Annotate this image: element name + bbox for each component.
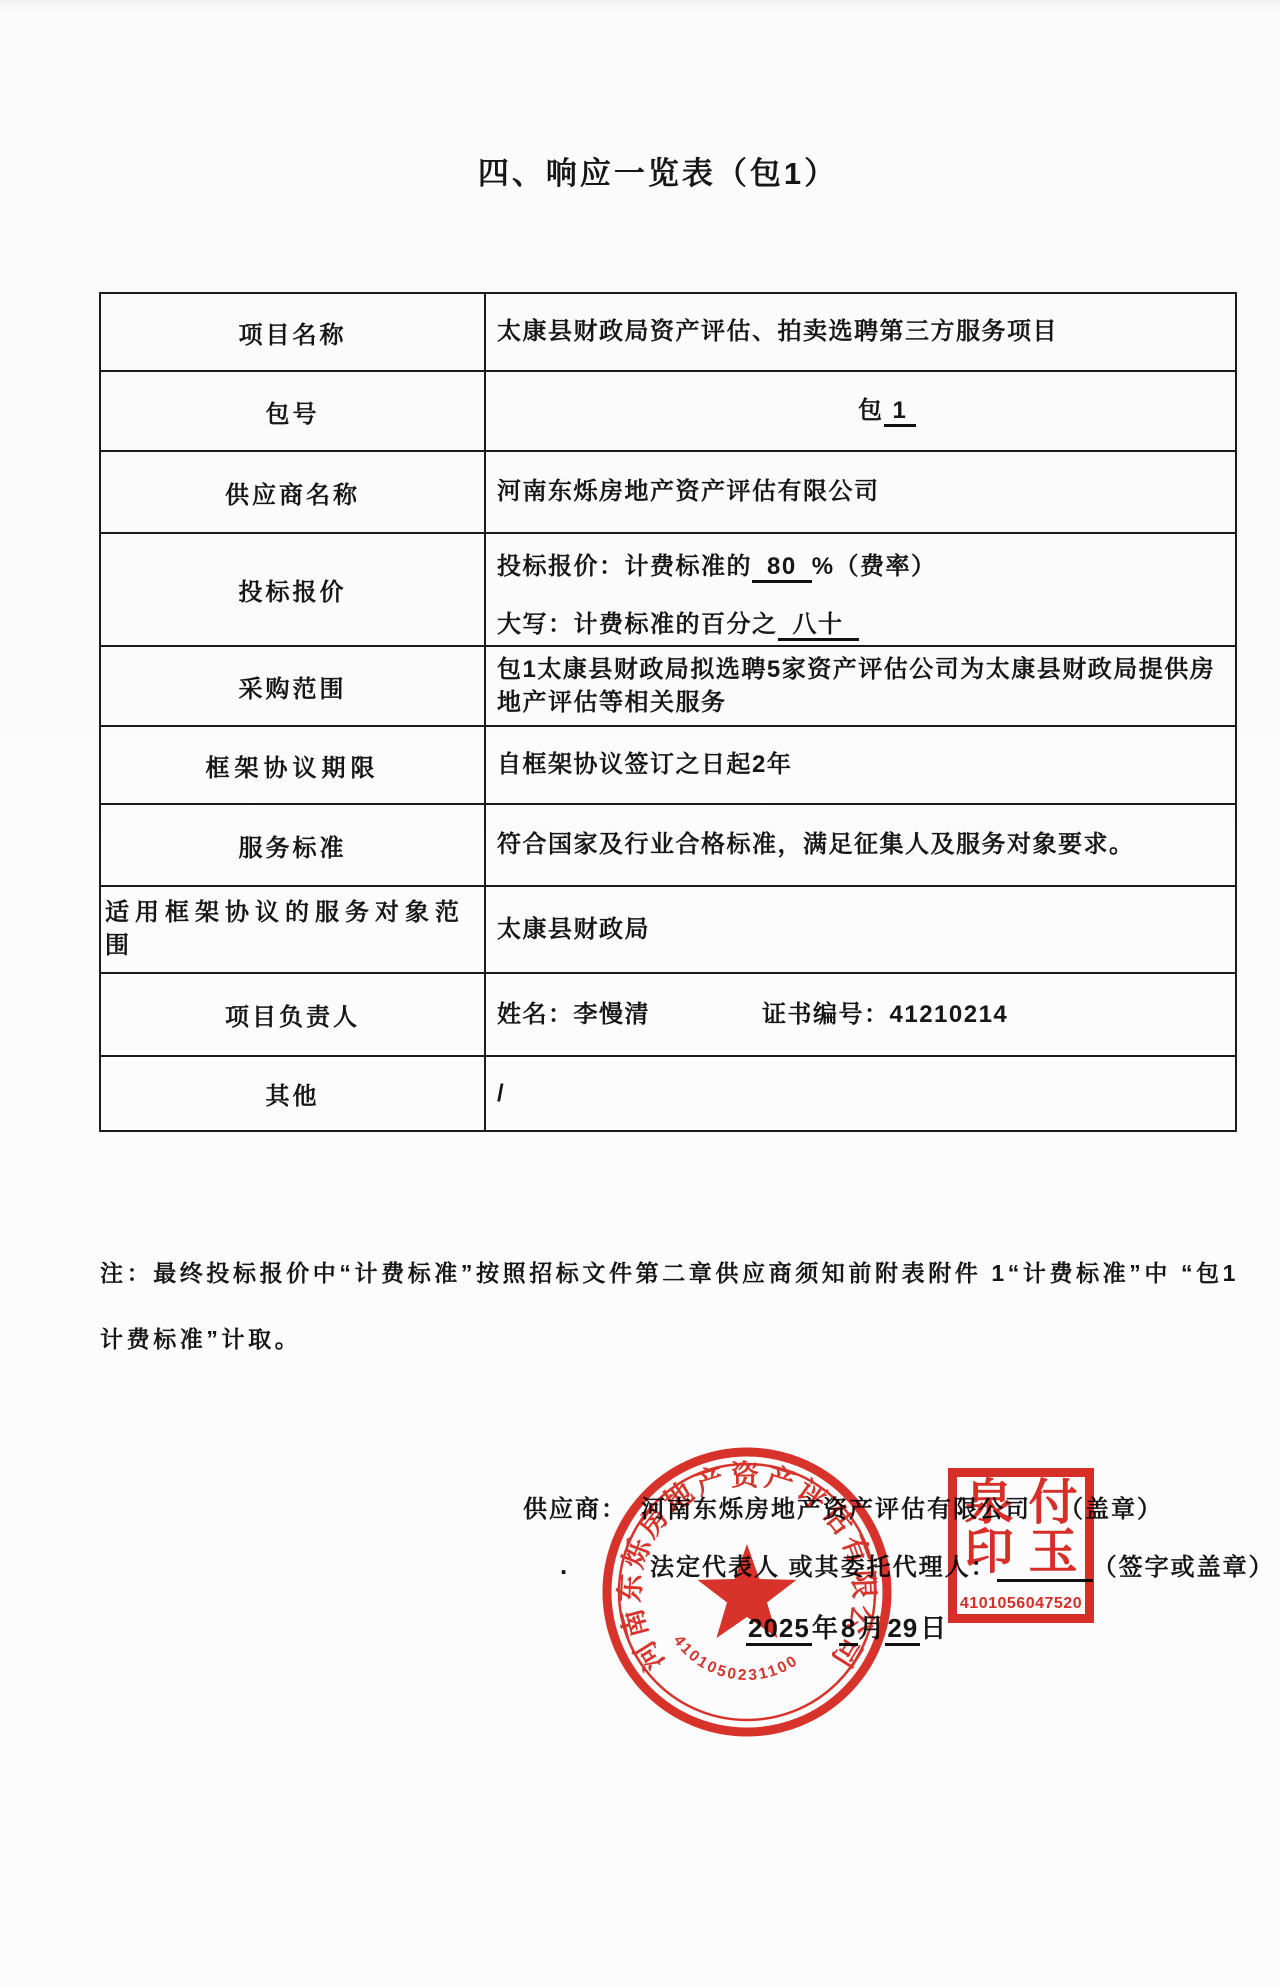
name-seal-serial-number: 4101056047520 bbox=[955, 1595, 1087, 1613]
seal-char-bottom-left: 印 bbox=[957, 1528, 1021, 1577]
bid-price-line1: 投标报价：计费标准的80%（费率） bbox=[497, 550, 1227, 584]
stray-ink-dot: . bbox=[560, 1550, 569, 1581]
table-row: 框架协议期限 自框架协议签订之日起2年 bbox=[100, 726, 1236, 804]
row-label: 投标报价 bbox=[100, 533, 485, 646]
table-row: 项目负责人 姓名：李慢清证书编号：41210214 bbox=[100, 973, 1236, 1056]
seal-char-top-left: 泉 bbox=[957, 1479, 1021, 1528]
footnote: 注：最终投标报价中“计费标准”按照招标文件第二章供应商须知前附表附件 1“计费标… bbox=[100, 1240, 1245, 1372]
row-label: 供应商名称 bbox=[100, 451, 485, 533]
row-content: 包1太康县财政局拟选聘5家资产评估公司为太康县财政局提供房地产评估等相关服务 bbox=[485, 646, 1236, 726]
bid-line1-prefix: 投标报价：计费标准的 bbox=[497, 553, 752, 580]
row-label: 包号 bbox=[100, 371, 485, 451]
row-label: 其他 bbox=[100, 1056, 485, 1131]
bid-rate-value: 80 bbox=[752, 553, 812, 583]
package-prefix: 包 bbox=[858, 397, 884, 424]
page-title: 四、响应一览表（包1） bbox=[18, 148, 1280, 193]
bid-price-line2: 大写：计费标准的百分之八十 bbox=[497, 608, 1227, 642]
row-content: 太康县财政局 bbox=[485, 886, 1236, 973]
square-name-seal: 泉 付 印 玉 4101056047520 bbox=[948, 1468, 1094, 1623]
svg-text:4101050231100: 4101050231100 bbox=[670, 1632, 802, 1684]
table-row: 适用框架协议的服务对象范围 太康县财政局 bbox=[100, 886, 1236, 973]
manager-name: 姓名：李慢清 bbox=[497, 1001, 650, 1028]
name-seal-characters: 泉 付 印 玉 bbox=[957, 1479, 1085, 1577]
row-content: 姓名：李慢清证书编号：41210214 bbox=[485, 973, 1236, 1056]
response-table: 项目名称 太康县财政局资产评估、拍卖选聘第三方服务项目 包号 包1 供应商名称 … bbox=[99, 292, 1237, 1132]
table-row: 采购范围 包1太康县财政局拟选聘5家资产评估公司为太康县财政局提供房地产评估等相… bbox=[100, 646, 1236, 726]
table-row: 投标报价 投标报价：计费标准的80%（费率） 大写：计费标准的百分之八十 bbox=[100, 533, 1236, 646]
seal-char-bottom-right: 玉 bbox=[1021, 1528, 1085, 1577]
bid-rate-words: 八十 bbox=[778, 611, 859, 641]
row-content: 符合国家及行业合格标准，满足征集人及服务对象要求。 bbox=[485, 804, 1236, 886]
package-number: 1 bbox=[884, 397, 917, 427]
row-content: 太康县财政局资产评估、拍卖选聘第三方服务项目 bbox=[485, 293, 1236, 371]
seal-star-icon bbox=[698, 1544, 797, 1638]
sign-hint: （签字或盖章） bbox=[1093, 1554, 1275, 1581]
round-company-seal: 河南东烁房地产资产评估有限公司 4101050231100 bbox=[597, 1442, 897, 1742]
manager-cert-number: 证书编号：41210214 bbox=[762, 1001, 1008, 1028]
table-row: 项目名称 太康县财政局资产评估、拍卖选聘第三方服务项目 bbox=[100, 293, 1236, 371]
row-label: 框架协议期限 bbox=[100, 726, 485, 804]
row-content: / bbox=[485, 1056, 1236, 1131]
row-content: 投标报价：计费标准的80%（费率） 大写：计费标准的百分之八十 bbox=[485, 533, 1236, 646]
bid-line2-prefix: 大写：计费标准的百分之 bbox=[497, 611, 778, 638]
table-row: 供应商名称 河南东烁房地产资产评估有限公司 bbox=[100, 451, 1236, 533]
table-row: 其他 / bbox=[100, 1056, 1236, 1131]
document-page: 四、响应一览表（包1） 项目名称 太康县财政局资产评估、拍卖选聘第三方服务项目 … bbox=[0, 0, 1280, 1987]
row-content: 包1 bbox=[485, 371, 1236, 451]
row-label: 服务标准 bbox=[100, 804, 485, 886]
date-day-suffix: 日 bbox=[920, 1613, 947, 1643]
seal-char-top-right: 付 bbox=[1021, 1479, 1085, 1528]
row-label: 适用框架协议的服务对象范围 bbox=[100, 886, 485, 973]
seal-serial-number: 4101050231100 bbox=[670, 1632, 802, 1684]
row-label: 采购范围 bbox=[100, 646, 485, 726]
row-content: 自框架协议签订之日起2年 bbox=[485, 726, 1236, 804]
row-label: 项目负责人 bbox=[100, 973, 485, 1056]
row-content: 河南东烁房地产资产评估有限公司 bbox=[485, 451, 1236, 533]
table-row: 服务标准 符合国家及行业合格标准，满足征集人及服务对象要求。 bbox=[100, 804, 1236, 886]
bid-line1-suffix: %（费率） bbox=[812, 553, 937, 580]
row-label: 项目名称 bbox=[100, 293, 485, 371]
table-row: 包号 包1 bbox=[100, 371, 1236, 451]
